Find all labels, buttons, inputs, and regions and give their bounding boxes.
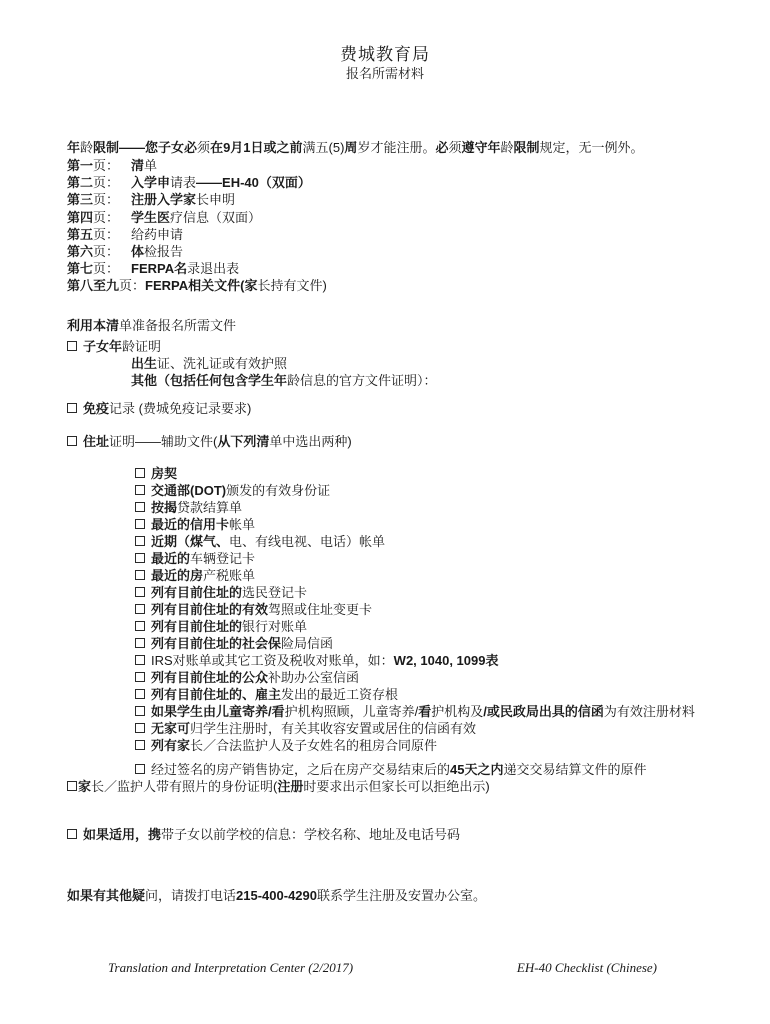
text-segment: 龄证明: [122, 339, 161, 354]
text-segment: 第二: [67, 175, 93, 190]
child-age-heading: 子女年龄证明: [67, 338, 437, 355]
text-segment: 出生: [131, 356, 157, 371]
previous-school-text: 如果适用，携带子女以前学校的信息：学校名称、地址及电话号码: [83, 827, 460, 842]
address-doc-item: 列有家长／合法监护人及子女姓名的租房合同原件: [135, 737, 695, 754]
address-doc-text: 列有目前住址的公众补助办公室信函: [151, 670, 359, 685]
child-age-section: 子女年龄证明 出生证、洗礼证或有效护照 其他（包括任何包含学生年龄信息的官方文件…: [67, 338, 437, 389]
text-segment: 学生医: [131, 210, 170, 225]
text-segment: 补助办公室信函: [268, 670, 359, 685]
checkbox-icon: [135, 672, 145, 682]
text-segment: 须: [448, 140, 461, 155]
address-proof-item: 住址证明——辅助文件(从下列清单中选出两种): [67, 433, 352, 450]
page-index-label: 第五页：: [67, 226, 131, 243]
address-doc-item: 列有目前住址的、雇主发出的最近工资存根: [135, 686, 695, 703]
parent-photo-id-item: 家长／监护人带有照片的身份证明(注册时要求出示但家长可以拒绝出示): [67, 778, 490, 795]
text-segment: 限制: [514, 140, 540, 155]
text-segment: 长持有文件): [257, 278, 326, 293]
checkbox-icon: [67, 781, 77, 791]
checkbox-icon: [135, 621, 145, 631]
text-segment: 长／合法监护人及子女姓名的租房合同原件: [190, 738, 437, 753]
text-segment: FERPA名: [131, 261, 187, 276]
text-segment: 免疫: [83, 401, 109, 416]
immunization-text: 免疫记录 (费城免疫记录要求): [83, 401, 251, 416]
text-segment: 单: [144, 158, 157, 173]
footer-left-credit: Translation and Interpretation Center (2…: [108, 960, 353, 976]
text-segment: 第四: [67, 210, 93, 225]
checkbox-icon: [67, 829, 77, 839]
checkbox-icon: [135, 740, 145, 750]
text-segment: 列有目前住址的: [151, 619, 242, 634]
checkbox-icon: [135, 706, 145, 716]
text-segment: 联系学生注册及安置办公室。: [317, 888, 486, 903]
address-doc-item: 交通部(DOT)颁发的有效身份证: [135, 482, 695, 499]
text-segment: 产税账单: [203, 568, 255, 583]
text-segment: 给药申请: [131, 227, 183, 242]
page-index-content: 注册入学家长申明: [131, 192, 235, 207]
text-segment: 列有目前住址的: [151, 585, 242, 600]
text-segment: 列有目前住址的社会保: [151, 636, 281, 651]
text-segment: 注册: [277, 779, 303, 794]
address-doc-text: 列有目前住址的银行对账单: [151, 619, 307, 634]
text-segment: 年: [67, 140, 80, 155]
text-segment: 列有目前住址的公众: [151, 670, 268, 685]
birth-cert-line: 出生证、洗礼证或有效护照: [67, 355, 437, 372]
page-index-row: 第五页：给药申请: [67, 226, 327, 243]
address-doc-text: 最近的信用卡帐单: [151, 517, 255, 532]
text-segment: 规定，无一例外。: [540, 140, 644, 155]
text-segment: 215-400-4290: [236, 888, 317, 903]
text-segment: 证明——辅助文件(: [109, 434, 217, 449]
address-doc-item: IRS对账单或其它工资及税收对账单，如：W2, 1040, 1099表: [135, 652, 695, 669]
text-segment: 必: [435, 140, 448, 155]
previous-school-item: 如果适用，携带子女以前学校的信息：学校名称、地址及电话号码: [67, 826, 460, 843]
text-segment: 单准备报名所需文件: [119, 318, 236, 333]
page-index-label: 第六页：: [67, 243, 131, 260]
text-segment: 住址: [83, 434, 109, 449]
address-doc-item: 近期（煤气、电、有线电视、电话）帐单: [135, 533, 695, 550]
address-doc-item: 列有目前住址的社会保险局信函: [135, 635, 695, 652]
address-doc-text: 交通部(DOT)颁发的有效身份证: [151, 483, 330, 498]
text-segment: 如果适用，携: [83, 827, 161, 842]
text-segment: 子女年: [83, 339, 122, 354]
address-doc-item: 列有目前住址的选民登记卡: [135, 584, 695, 601]
text-segment: W2, 1040, 1099表: [394, 653, 499, 668]
age-limit-paragraph: 年龄限制——您子女必须在9月1日或之前满五(5)周岁才能注册。必须遵守年龄限制规…: [67, 139, 644, 156]
checkbox-icon: [135, 468, 145, 478]
text-segment: 时要求出示但家长可以拒绝出示): [303, 779, 489, 794]
document-header: 费城教育局 报名所需材料: [0, 44, 770, 82]
text-segment: 车辆登记卡: [190, 551, 255, 566]
text-segment: 单中选出两种): [269, 434, 351, 449]
checkbox-icon: [135, 519, 145, 529]
page-index-row: 第一页：清单: [67, 157, 327, 174]
text-segment: 列有目前住址的、雇主: [151, 687, 281, 702]
page-index-content: 清单: [131, 158, 157, 173]
address-proof-text: 住址证明——辅助文件(从下列清单中选出两种): [83, 434, 352, 449]
text-segment: 页：: [93, 192, 119, 207]
page-subtitle: 报名所需材料: [0, 65, 770, 82]
page-index-label: 第一页：: [67, 157, 131, 174]
text-segment: 帐单: [229, 517, 255, 532]
text-segment: 银行对账单: [242, 619, 307, 634]
address-doc-item: 按揭贷款结算单: [135, 499, 695, 516]
checkbox-icon: [135, 587, 145, 597]
text-segment: 问，请拨打电话: [145, 888, 236, 903]
text-segment: 体: [131, 244, 144, 259]
text-segment: IRS对账单或其它工资及税收对账单，如：: [151, 653, 394, 668]
text-segment: /或民政局出具的信函: [483, 704, 604, 719]
page-index-label: 第三页：: [67, 191, 131, 208]
text-segment: 长／监护人带有照片的身份证明(: [91, 779, 277, 794]
address-doc-text: 近期（煤气、电、有线电视、电话）帐单: [151, 534, 385, 549]
checkbox-icon: [67, 341, 77, 351]
text-segment: FERPA相关文件(家: [145, 278, 257, 293]
address-doc-text: IRS对账单或其它工资及税收对账单，如：W2, 1040, 1099表: [151, 653, 498, 668]
text-segment: 其他（包括任何包含学生年: [131, 373, 287, 388]
text-segment: 护机构及: [431, 704, 483, 719]
address-doc-text: 列有家长／合法监护人及子女姓名的租房合同原件: [151, 738, 437, 753]
address-doc-text: 如果学生由儿童寄养/看护机构照顾，儿童寄养/看护机构及/或民政局出具的信函为有效…: [151, 704, 695, 719]
checkbox-icon: [135, 485, 145, 495]
text-segment: 须: [197, 140, 210, 155]
text-segment: 第六: [67, 244, 93, 259]
text-segment: 遵守年: [461, 140, 500, 155]
page-index-row: 第六页：体检报告: [67, 243, 327, 260]
checkbox-icon: [135, 553, 145, 563]
text-segment: 发出的最近工资存根: [281, 687, 398, 702]
text-segment: 房契: [151, 466, 177, 481]
page-index-row: 第三页：注册入学家长申明: [67, 191, 327, 208]
footer-right-label: EH-40 Checklist (Chinese): [517, 960, 657, 976]
text-segment: 页：: [93, 210, 119, 225]
text-segment: 近期（煤气、: [151, 534, 229, 549]
text-segment: ——EH-40（双面）: [196, 175, 311, 190]
page-title: 费城教育局: [0, 44, 770, 65]
text-segment: 险局信函: [281, 636, 333, 651]
page-index-row: 第七页：FERPA名录退出表: [67, 260, 327, 277]
address-doc-item: 经过签名的房产销售协定，之后在房产交易结束后的45天之内递交交易结算文件的原件: [135, 761, 695, 778]
text-segment: 递交交易结算文件的原件: [503, 762, 646, 777]
address-doc-item: 最近的车辆登记卡: [135, 550, 695, 567]
text-segment: 岁才能注册。: [357, 140, 435, 155]
address-doc-item: 列有目前住址的公众补助办公室信函: [135, 669, 695, 686]
address-doc-text: 最近的房产税账单: [151, 568, 255, 583]
text-segment: 第八至九: [67, 278, 119, 293]
text-segment: 第五: [67, 227, 93, 242]
text-segment: 页：: [93, 261, 119, 276]
text-segment: 利用本清: [67, 318, 119, 333]
use-checklist-line: 利用本清单准备报名所需文件: [67, 317, 236, 334]
address-doc-text: 列有目前住址的、雇主发出的最近工资存根: [151, 687, 398, 702]
text-segment: 证、洗礼证或有效护照: [157, 356, 287, 371]
text-segment: 从下列清: [217, 434, 269, 449]
page-index-content: 学生医疗信息（双面）: [131, 210, 261, 225]
text-segment: 如果有其他疑: [67, 888, 145, 903]
checkbox-icon: [135, 536, 145, 546]
address-doc-text: 按揭贷款结算单: [151, 500, 242, 515]
text-segment: 看: [418, 704, 431, 719]
checkbox-icon: [135, 604, 145, 614]
page-index-list: 第一页：清单第二页：入学申请表——EH-40（双面）第三页：注册入学家长申明第四…: [67, 157, 327, 295]
text-segment: 页：: [93, 227, 119, 242]
text-segment: 无家可: [151, 721, 190, 736]
text-segment: 龄信息的官方文件证明）：: [287, 373, 437, 388]
text-segment: 在9月1日或之前: [210, 140, 302, 155]
checkbox-icon: [135, 570, 145, 580]
text-segment: 经过签名的房产销售协定，之后在房产交易结束后的: [151, 762, 450, 777]
checkbox-icon: [135, 689, 145, 699]
text-segment: 如果学生由儿童寄养/看: [151, 704, 285, 719]
text-segment: 长申明: [196, 192, 235, 207]
text-segment: 页：: [93, 158, 119, 173]
address-doc-item: 无家可归学生注册时，有关其收容安置或居住的信函有效: [135, 720, 695, 737]
text-segment: 最近的信用卡: [151, 517, 229, 532]
child-age-heading-text: 子女年龄证明: [83, 339, 161, 354]
checkbox-icon: [67, 436, 77, 446]
other-age-proof-line: 其他（包括任何包含学生年龄信息的官方文件证明）：: [67, 372, 437, 389]
address-doc-item: 最近的房产税账单: [135, 567, 695, 584]
address-doc-text: 房契: [151, 466, 177, 481]
checkbox-icon: [135, 638, 145, 648]
address-doc-text: 无家可归学生注册时，有关其收容安置或居住的信函有效: [151, 721, 476, 736]
text-segment: 45天之内: [450, 762, 503, 777]
text-segment: 第三: [67, 192, 93, 207]
text-segment: 驾照或住址变更卡: [268, 602, 372, 617]
text-segment: 记录 (费城免疫记录要求): [109, 401, 251, 416]
text-segment: 页：: [93, 244, 119, 259]
text-segment: 列有家: [151, 738, 190, 753]
page-index-label: 第八至九页：: [67, 277, 145, 294]
checkbox-icon: [67, 403, 77, 413]
text-segment: 家: [78, 779, 91, 794]
text-segment: 周: [344, 140, 357, 155]
text-segment: 最近的: [151, 551, 190, 566]
checkbox-icon: [135, 502, 145, 512]
text-segment: 最近的房: [151, 568, 203, 583]
page-index-label: 第二页：: [67, 174, 131, 191]
page-index-label: 第四页：: [67, 209, 131, 226]
text-segment: 疗信息（双面）: [170, 210, 261, 225]
text-segment: 带子女以前学校的信息：学校名称、地址及电话号码: [161, 827, 460, 842]
text-segment: 录退出表: [187, 261, 239, 276]
address-doc-text: 列有目前住址的选民登记卡: [151, 585, 307, 600]
checkbox-icon: [135, 723, 145, 733]
address-doc-text: 最近的车辆登记卡: [151, 551, 255, 566]
page-index-content: 给药申请: [131, 227, 183, 242]
text-segment: 归学生注册时，有关其收容安置或居住的信函有效: [190, 721, 476, 736]
text-segment: 护机构照顾，儿童寄养/: [285, 704, 419, 719]
text-segment: 为有效注册材料: [604, 704, 695, 719]
address-doc-item: 最近的信用卡帐单: [135, 516, 695, 533]
text-segment: 限制——您子女必: [93, 140, 197, 155]
immunization-item: 免疫记录 (费城免疫记录要求): [67, 400, 251, 417]
page-index-content: FERPA名录退出表: [131, 261, 239, 276]
page-index-row: 第八至九页：FERPA相关文件(家长持有文件): [67, 277, 327, 294]
parent-photo-id-text: 家长／监护人带有照片的身份证明(注册时要求出示但家长可以拒绝出示): [78, 779, 490, 794]
text-segment: 颁发的有效身份证: [226, 483, 330, 498]
address-doc-item: 列有目前住址的银行对账单: [135, 618, 695, 635]
text-segment: 页：: [119, 278, 145, 293]
text-segment: 第一: [67, 158, 93, 173]
text-segment: 贷款结算单: [177, 500, 242, 515]
page-index-row: 第四页：学生医疗信息（双面）: [67, 209, 327, 226]
text-segment: 满五(5): [303, 140, 345, 155]
text-segment: 龄: [80, 140, 93, 155]
checkbox-icon: [135, 764, 145, 774]
text-segment: 请表: [170, 175, 196, 190]
text-segment: 列有目前住址的有效: [151, 602, 268, 617]
address-doc-item: 房契: [135, 465, 695, 482]
address-doc-text: 经过签名的房产销售协定，之后在房产交易结束后的45天之内递交交易结算文件的原件: [151, 762, 647, 777]
page-index-content: 入学申请表——EH-40（双面）: [131, 175, 311, 190]
text-segment: 第七: [67, 261, 93, 276]
page-index-label: 第七页：: [67, 260, 131, 277]
address-doc-text: 列有目前住址的有效驾照或住址变更卡: [151, 602, 372, 617]
address-doc-item: 如果学生由儿童寄养/看护机构照顾，儿童寄养/看护机构及/或民政局出具的信函为有效…: [135, 703, 695, 720]
page-index-row: 第二页：入学申请表——EH-40（双面）: [67, 174, 327, 191]
page-index-content: FERPA相关文件(家长持有文件): [145, 278, 327, 293]
text-segment: 注册入学家: [131, 192, 196, 207]
address-doc-list: 房契交通部(DOT)颁发的有效身份证按揭贷款结算单最近的信用卡帐单近期（煤气、电…: [135, 465, 695, 778]
page-index-content: 体检报告: [131, 244, 183, 259]
text-segment: 龄: [501, 140, 514, 155]
text-segment: 交通部(DOT): [151, 483, 226, 498]
text-segment: 入学申: [131, 175, 170, 190]
text-segment: 按揭: [151, 500, 177, 515]
text-segment: 页：: [93, 175, 119, 190]
address-doc-item: 列有目前住址的有效驾照或住址变更卡: [135, 601, 695, 618]
checkbox-icon: [135, 655, 145, 665]
address-doc-text: 列有目前住址的社会保险局信函: [151, 636, 333, 651]
text-segment: 清: [131, 158, 144, 173]
text-segment: 选民登记卡: [242, 585, 307, 600]
text-segment: 检报告: [144, 244, 183, 259]
contact-phone-line: 如果有其他疑问，请拨打电话215-400-4290联系学生注册及安置办公室。: [67, 887, 486, 904]
text-segment: 电、有线电视、电话）帐单: [229, 534, 385, 549]
